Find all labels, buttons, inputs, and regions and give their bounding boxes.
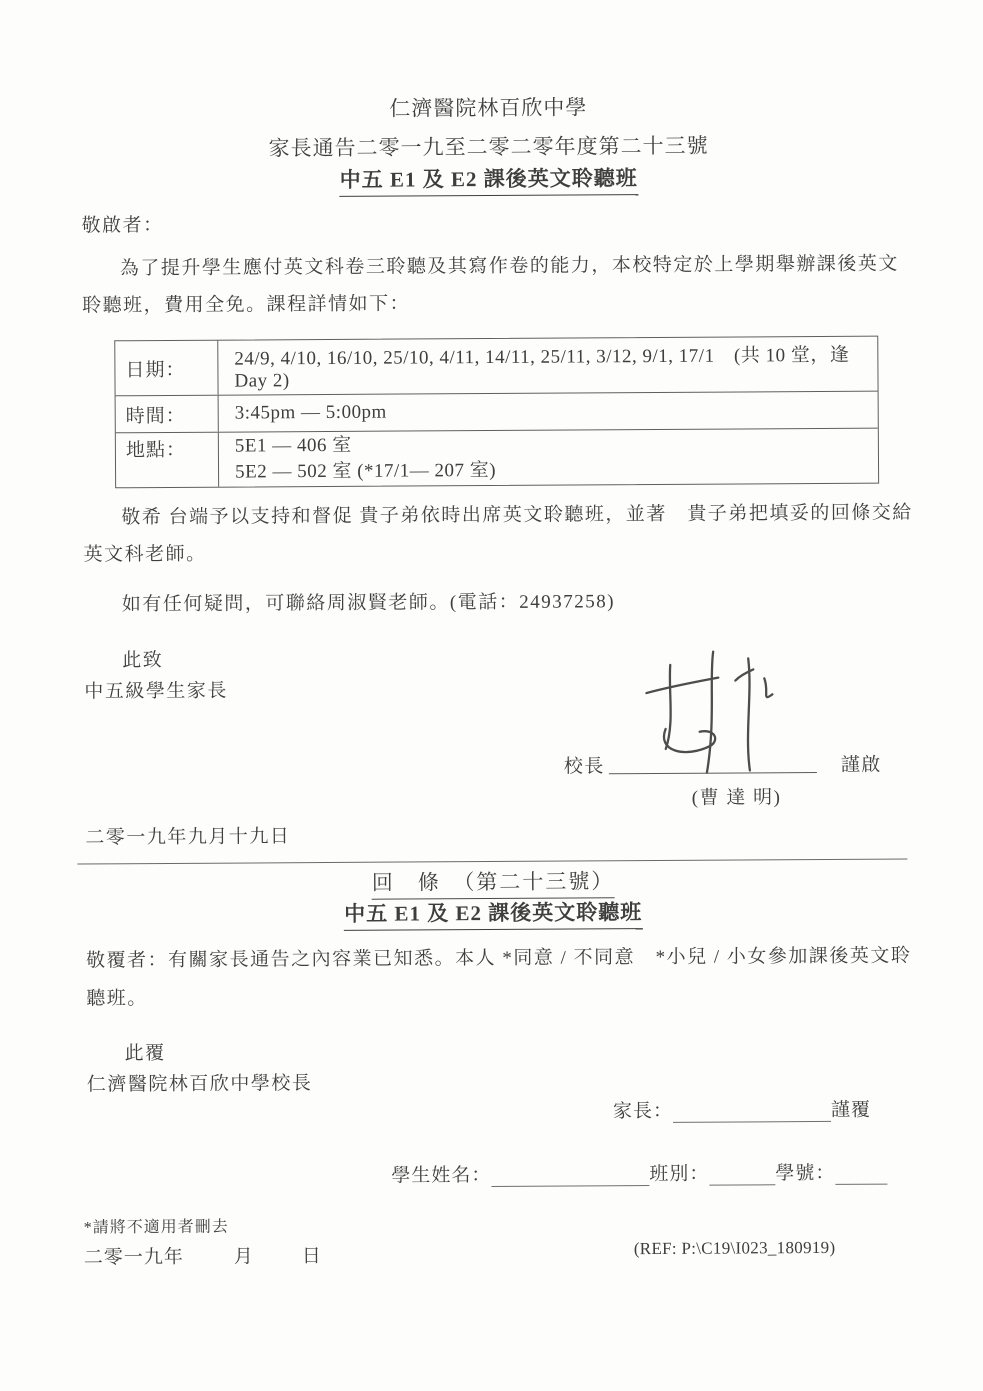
student-name-blank [491, 1162, 649, 1187]
scanned-notice-page: 仁濟醫院林百欣中學 家長通告二零一九至二零二零年度第二十三號 中五 E1 及 E… [0, 0, 983, 1391]
reply-slip-title: 回 條 （第二十三號） [372, 865, 615, 899]
reply-date-row: 二零一九年 月 日 [84, 1241, 322, 1269]
student-info-row: 學生姓名： 班別： 學號： [391, 1158, 887, 1188]
parent-signature-row: 家長： 謹覆 [613, 1095, 871, 1124]
salutation: 敬啟者： [81, 207, 163, 245]
contact-paragraph: 如有任何疑問，可聯絡周淑賢老師。(電話：24937258) [84, 581, 914, 623]
reply-subtitle-wrap: 中五 E1 及 E2 課後英文聆聽班 [2, 894, 983, 933]
table-row-venue: 地點： 5E1 — 406 室 5E2 — 502 室 (*17/1— 207 … [116, 428, 878, 488]
table-row-date: 日期： 24/9, 4/10, 16/10, 25/10, 4/11, 14/1… [115, 337, 877, 396]
reply-date-day-label: 日 [302, 1241, 322, 1268]
time-value: 3:45pm — 5:00pm [235, 399, 870, 425]
reply-date-year: 二零一九年 [84, 1242, 184, 1270]
venue-label: 地點： [116, 433, 219, 488]
notice-title: 中五 E1 及 E2 課後英文聆聽班 [340, 162, 638, 197]
reply-addressee: 仁濟醫院林百欣中學校長 [87, 1065, 313, 1103]
recipient: 中五級學生家長 [84, 673, 228, 711]
reply-body: 敬覆者：有關家長通告之內容業已知悉。本人 *同意 / 不同意 *小兒 / 小女參… [86, 937, 916, 1018]
principal-closing: 謹啟 [841, 747, 882, 784]
scan-content: 仁濟醫院林百欣中學 家長通告二零一九至二零二零年度第二十三號 中五 E1 及 E… [0, 0, 983, 1391]
class-label: 班別： [649, 1159, 709, 1186]
class-blank [709, 1161, 775, 1185]
notice-title-wrap: 中五 E1 及 E2 課後英文聆聽班 [0, 160, 980, 199]
date-label: 日期： [115, 341, 218, 396]
course-details-table: 日期： 24/9, 4/10, 16/10, 25/10, 4/11, 14/1… [114, 336, 879, 489]
reply-slip-subtitle: 中五 E1 及 E2 課後英文聆聽班 [344, 896, 642, 931]
time-label: 時間： [116, 396, 219, 433]
footnote: *請將不適用者刪去 [84, 1214, 229, 1238]
parent-label: 家長： [613, 1096, 673, 1123]
venue-value-line1: 5E1 — 406 室 [235, 430, 870, 460]
issue-date: 二零一九年九月十九日 [85, 818, 290, 856]
venue-value-line2: 5E2 — 502 室 (*17/1— 207 室) [235, 456, 870, 486]
table-row-time: 時間： 3:45pm — 5:00pm [116, 391, 878, 433]
parent-signature-blank [673, 1098, 831, 1123]
notice-number-line: 家長通告二零一九至二零二零年度第二十三號 [0, 128, 980, 164]
principal-signature-line [609, 732, 817, 774]
student-name-label: 學生姓名： [391, 1160, 491, 1188]
reference-code: (REF: P:\C19\I023_180919) [634, 1238, 836, 1259]
principal-role-label: 校長 [564, 748, 605, 785]
school-name: 仁濟醫院林百欣中學 [0, 89, 980, 125]
parent-closing: 謹覆 [831, 1095, 871, 1122]
date-value: 24/9, 4/10, 16/10, 25/10, 4/11, 14/11, 2… [234, 339, 869, 392]
student-number-blank [835, 1161, 887, 1185]
reply-date-month-label: 月 [234, 1241, 254, 1268]
intro-paragraph: 為了提升學生應付英文科卷三聆聽及其寫作卷的能力，本校特定於上學期舉辦課後英文聆聽… [82, 245, 912, 324]
principal-name: (曹 達 明) [649, 779, 824, 817]
student-number-label: 學號： [775, 1158, 835, 1185]
support-paragraph: 敬希 台端予以支持和督促 貴子弟依時出席英文聆聽班，並著 貴子弟把填妥的回條交給… [83, 494, 913, 573]
